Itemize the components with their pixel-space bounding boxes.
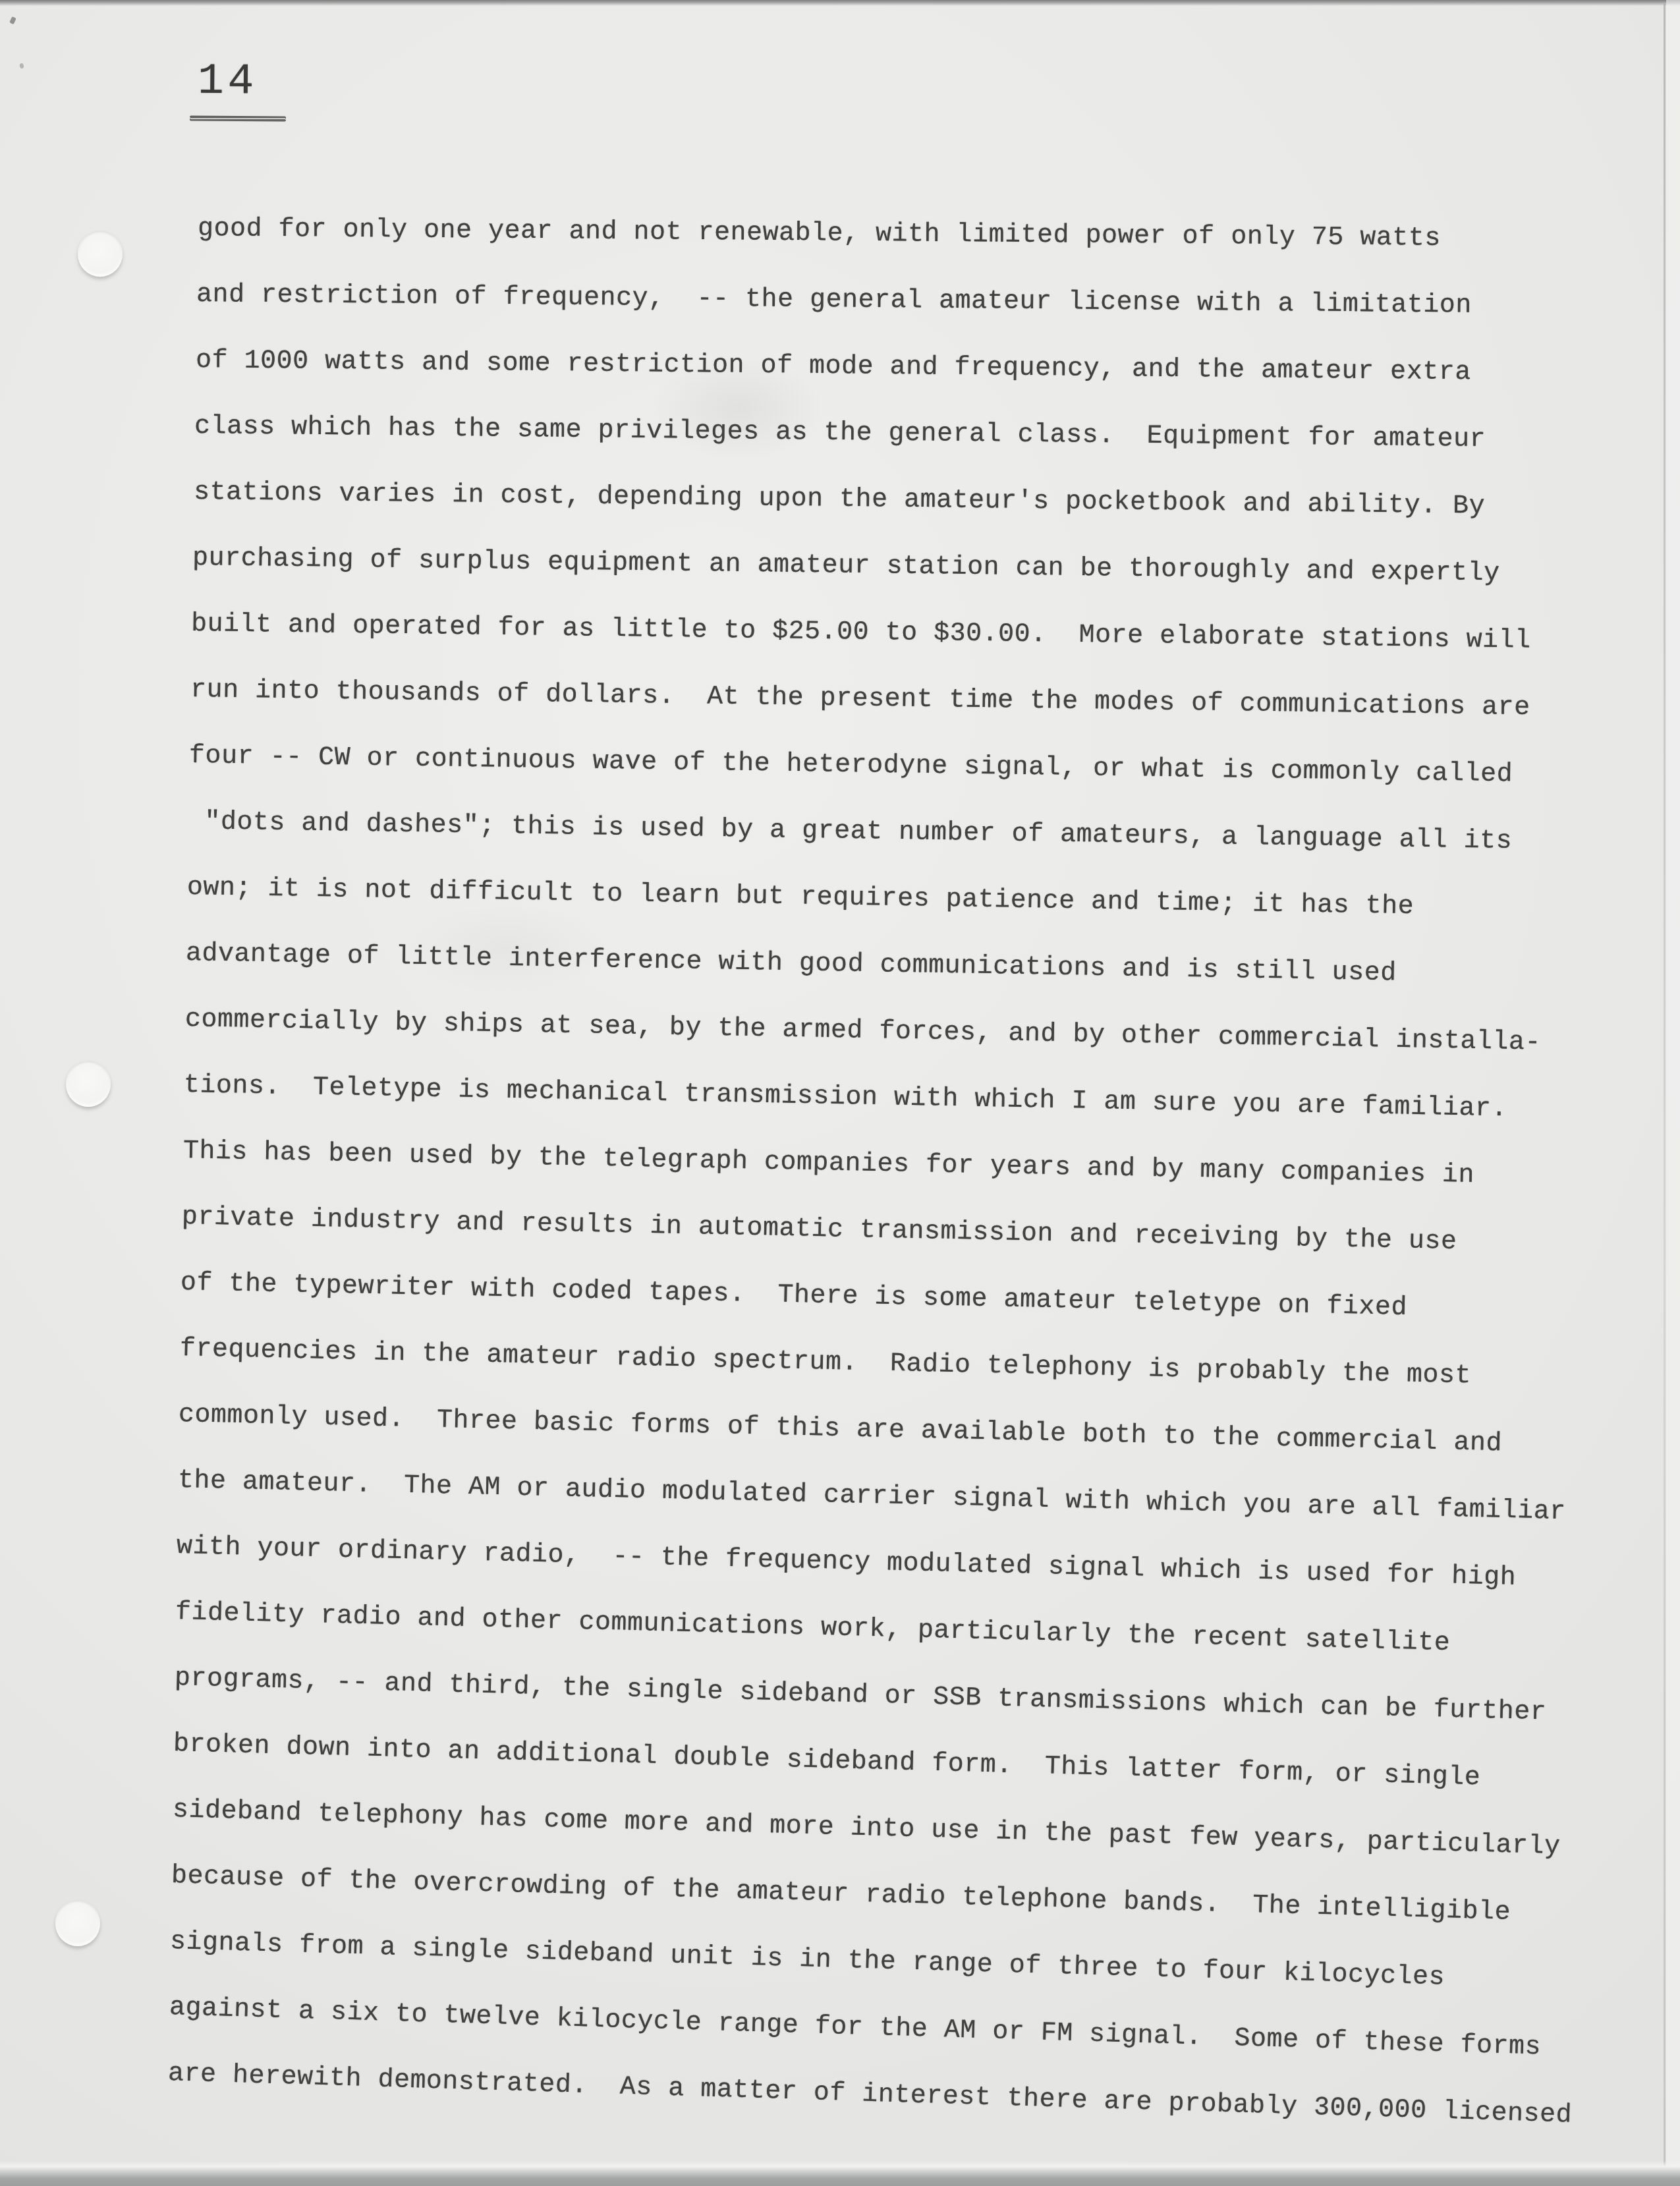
punch-hole (66, 1061, 111, 1107)
punch-hole (78, 231, 123, 277)
punch-hole (55, 1900, 100, 1946)
scan-top-edge (0, 0, 1680, 6)
scan-bottom-edge (0, 2161, 1680, 2186)
text-line: good for only one year and not renewable… (198, 196, 1621, 273)
document-page: 14 good for only one year and not renewa… (0, 0, 1680, 2186)
page-number: 14 (198, 57, 258, 107)
page-number-underline (190, 115, 286, 121)
text-line: and restriction of frequency, -- the gen… (196, 262, 1621, 341)
body-text: good for only one year and not renewable… (198, 196, 1621, 2107)
scan-right-edge (1664, 4, 1666, 2166)
scan-speck (9, 16, 16, 24)
text-line: of 1000 watts and some restriction of mo… (195, 328, 1621, 407)
scan-right-margin (1666, 0, 1680, 2166)
scan-speck (19, 63, 24, 69)
